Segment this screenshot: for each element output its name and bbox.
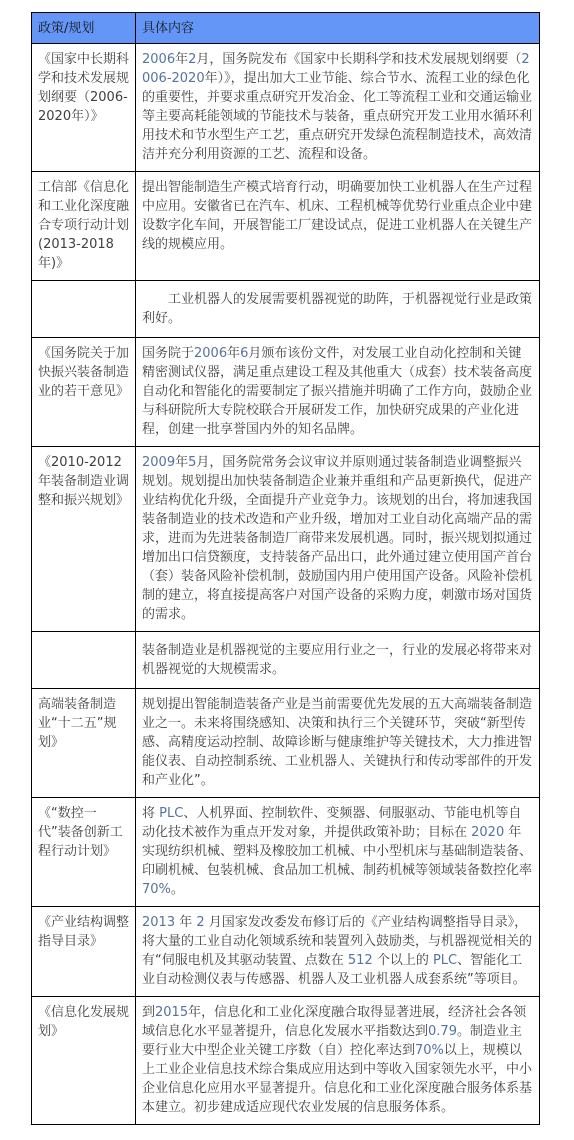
policy-cell: 《“数控一代”装备创新工程行动计划》 — [32, 798, 136, 907]
number-highlight: 512 — [348, 953, 373, 968]
content-cell: 将 PLC、人机界面、控制软件、变频器、伺服驱动、节能电机等自动化技术被作为重点… — [136, 798, 540, 907]
table-row: 工业机器人的发展需要机器视觉的助阵，于机器视觉行业是政策利好。 — [32, 281, 540, 338]
page: 政策/规划 具体内容 《国家中长期科学和技术发展规划纲要（2006-2020年）… — [0, 0, 574, 1140]
policy-cell: 《信息化发展规划》 — [32, 997, 136, 1125]
content-paragraph: 将 PLC、人机界面、控制软件、变频器、伺服驱动、节能电机等自动化技术被作为重点… — [142, 804, 533, 899]
content-cell: 提出智能制造生产模式培育行动，明确要加快工业机器人在生产过程中应用。安徽省已在汽… — [136, 172, 540, 281]
table-row: 《“数控一代”装备创新工程行动计划》将 PLC、人机界面、控制软件、变频器、伺服… — [32, 798, 540, 907]
table-row: 高端装备制造业“十二五”规划》规划提出智能制造装备产业是当前需要优先发展的五大高… — [32, 689, 540, 798]
content-paragraph: 国务院于2006年6月颁布该份文件，对发展工业自动化控制和关键精密测试仪器，满足… — [142, 344, 533, 439]
number-highlight: PLC — [433, 953, 457, 968]
table-row: 《产业结构调整指导目录》2013 年 2 月国家发改委发布修订后的《产业结构调整… — [32, 907, 540, 997]
policy-cell: 《2010-2012年装备制造业调整和振兴规划》 — [32, 447, 136, 632]
content-cell: 到2015年，信息化和工业化深度融合取得显著进展，经济社会各领域信息化水平显著提… — [136, 997, 540, 1125]
header-policy: 政策/规划 — [32, 13, 136, 44]
number-highlight: 70% — [142, 882, 171, 897]
content-cell: 2013 年 2 月国家发改委发布修订后的《产业结构调整指导目录》，将大量的工业… — [136, 907, 540, 997]
table-row: 《信息化发展规划》到2015年，信息化和工业化深度融合取得显著进展，经济社会各领… — [32, 997, 540, 1125]
policy-table: 政策/规划 具体内容 《国家中长期科学和技术发展规划纲要（2006-2020年）… — [31, 12, 540, 1125]
number-highlight: 6 — [240, 346, 248, 361]
table-row: 工信部《信息化和工业化深度融合专项行动计划(2013-2018年)》提出智能制造… — [32, 172, 540, 281]
content-cell: 装备制造业是机器视觉的主要应用行业之一，行业的发展必将带来对机器视觉的大规模需求… — [136, 632, 540, 689]
number-highlight: 5 — [188, 455, 196, 470]
table-row: 《国家中长期科学和技术发展规划纲要（2006-2020年）》2006年2月，国务… — [32, 44, 540, 172]
policy-cell — [32, 281, 136, 338]
policy-cell: 高端装备制造业“十二五”规划》 — [32, 689, 136, 798]
policy-cell: 《国务院关于加快振兴装备制造业的若干意见》 — [32, 338, 136, 447]
content-paragraph: 2013 年 2 月国家发改委发布修订后的《产业结构调整指导目录》，将大量的工业… — [142, 913, 533, 989]
number-highlight: 2 — [196, 915, 204, 930]
header-content: 具体内容 — [136, 13, 540, 44]
content-paragraph: 提出智能制造生产模式培育行动，明确要加快工业机器人在生产过程中应用。安徽省已在汽… — [142, 178, 533, 254]
content-cell: 国务院于2006年6月颁布该份文件，对发展工业自动化控制和关键精密测试仪器，满足… — [136, 338, 540, 447]
content-paragraph: 工业机器人的发展需要机器视觉的助阵，于机器视觉行业是政策利好。 — [142, 290, 533, 328]
content-cell: 2006年2月，国务院发布《国家中长期科学和技术发展规划纲要（2006-2020… — [136, 44, 540, 172]
policy-cell — [32, 632, 136, 689]
number-highlight: 2020 — [471, 825, 504, 840]
content-paragraph: 2009年5月，国务院常务会议审议并原则通过装备制造业调整振兴规划。规划提出加快… — [142, 453, 533, 624]
content-paragraph: 规划提出智能制造装备产业是当前需要优先发展的五大高端装备制造业之一。未来将围绕感… — [142, 695, 533, 790]
policy-cell: 工信部《信息化和工业化深度融合专项行动计划(2013-2018年)》 — [32, 172, 136, 281]
number-highlight: 0.79 — [428, 1024, 457, 1039]
policy-cell: 《产业结构调整指导目录》 — [32, 907, 136, 997]
content-cell: 2009年5月，国务院常务会议审议并原则通过装备制造业调整振兴规划。规划提出加快… — [136, 447, 540, 632]
number-highlight: 2009 — [142, 455, 175, 470]
content-paragraph: 2006年2月，国务院发布《国家中长期科学和技术发展规划纲要（2006-2020… — [142, 50, 533, 164]
content-cell: 规划提出智能制造装备产业是当前需要优先发展的五大高端装备制造业之一。未来将围绕感… — [136, 689, 540, 798]
number-highlight: 2013 — [142, 915, 175, 930]
table-row: 《国务院关于加快振兴装备制造业的若干意见》国务院于2006年6月颁布该份文件，对… — [32, 338, 540, 447]
number-highlight: 2006-2020 — [142, 52, 530, 86]
policy-cell: 《国家中长期科学和技术发展规划纲要（2006-2020年）》 — [32, 44, 136, 172]
number-highlight: 2006 — [194, 346, 227, 361]
table-row: 装备制造业是机器视觉的主要应用行业之一，行业的发展必将带来对机器视觉的大规模需求… — [32, 632, 540, 689]
number-highlight: PLC — [159, 806, 183, 821]
number-highlight: 2 — [188, 52, 196, 67]
table-row: 《2010-2012年装备制造业调整和振兴规划》2009年5月，国务院常务会议审… — [32, 447, 540, 632]
content-paragraph: 装备制造业是机器视觉的主要应用行业之一，行业的发展必将带来对机器视觉的大规模需求… — [142, 641, 533, 679]
number-highlight: 70% — [415, 1043, 444, 1058]
table-body: 《国家中长期科学和技术发展规划纲要（2006-2020年）》2006年2月，国务… — [32, 44, 540, 1125]
number-highlight: 2006 — [142, 52, 175, 67]
content-paragraph: 到2015年，信息化和工业化深度融合取得显著进展，经济社会各领域信息化水平显著提… — [142, 1003, 533, 1117]
content-cell: 工业机器人的发展需要机器视觉的助阵，于机器视觉行业是政策利好。 — [136, 281, 540, 338]
table-header-row: 政策/规划 具体内容 — [32, 13, 540, 44]
number-highlight: 2015 — [155, 1005, 188, 1020]
